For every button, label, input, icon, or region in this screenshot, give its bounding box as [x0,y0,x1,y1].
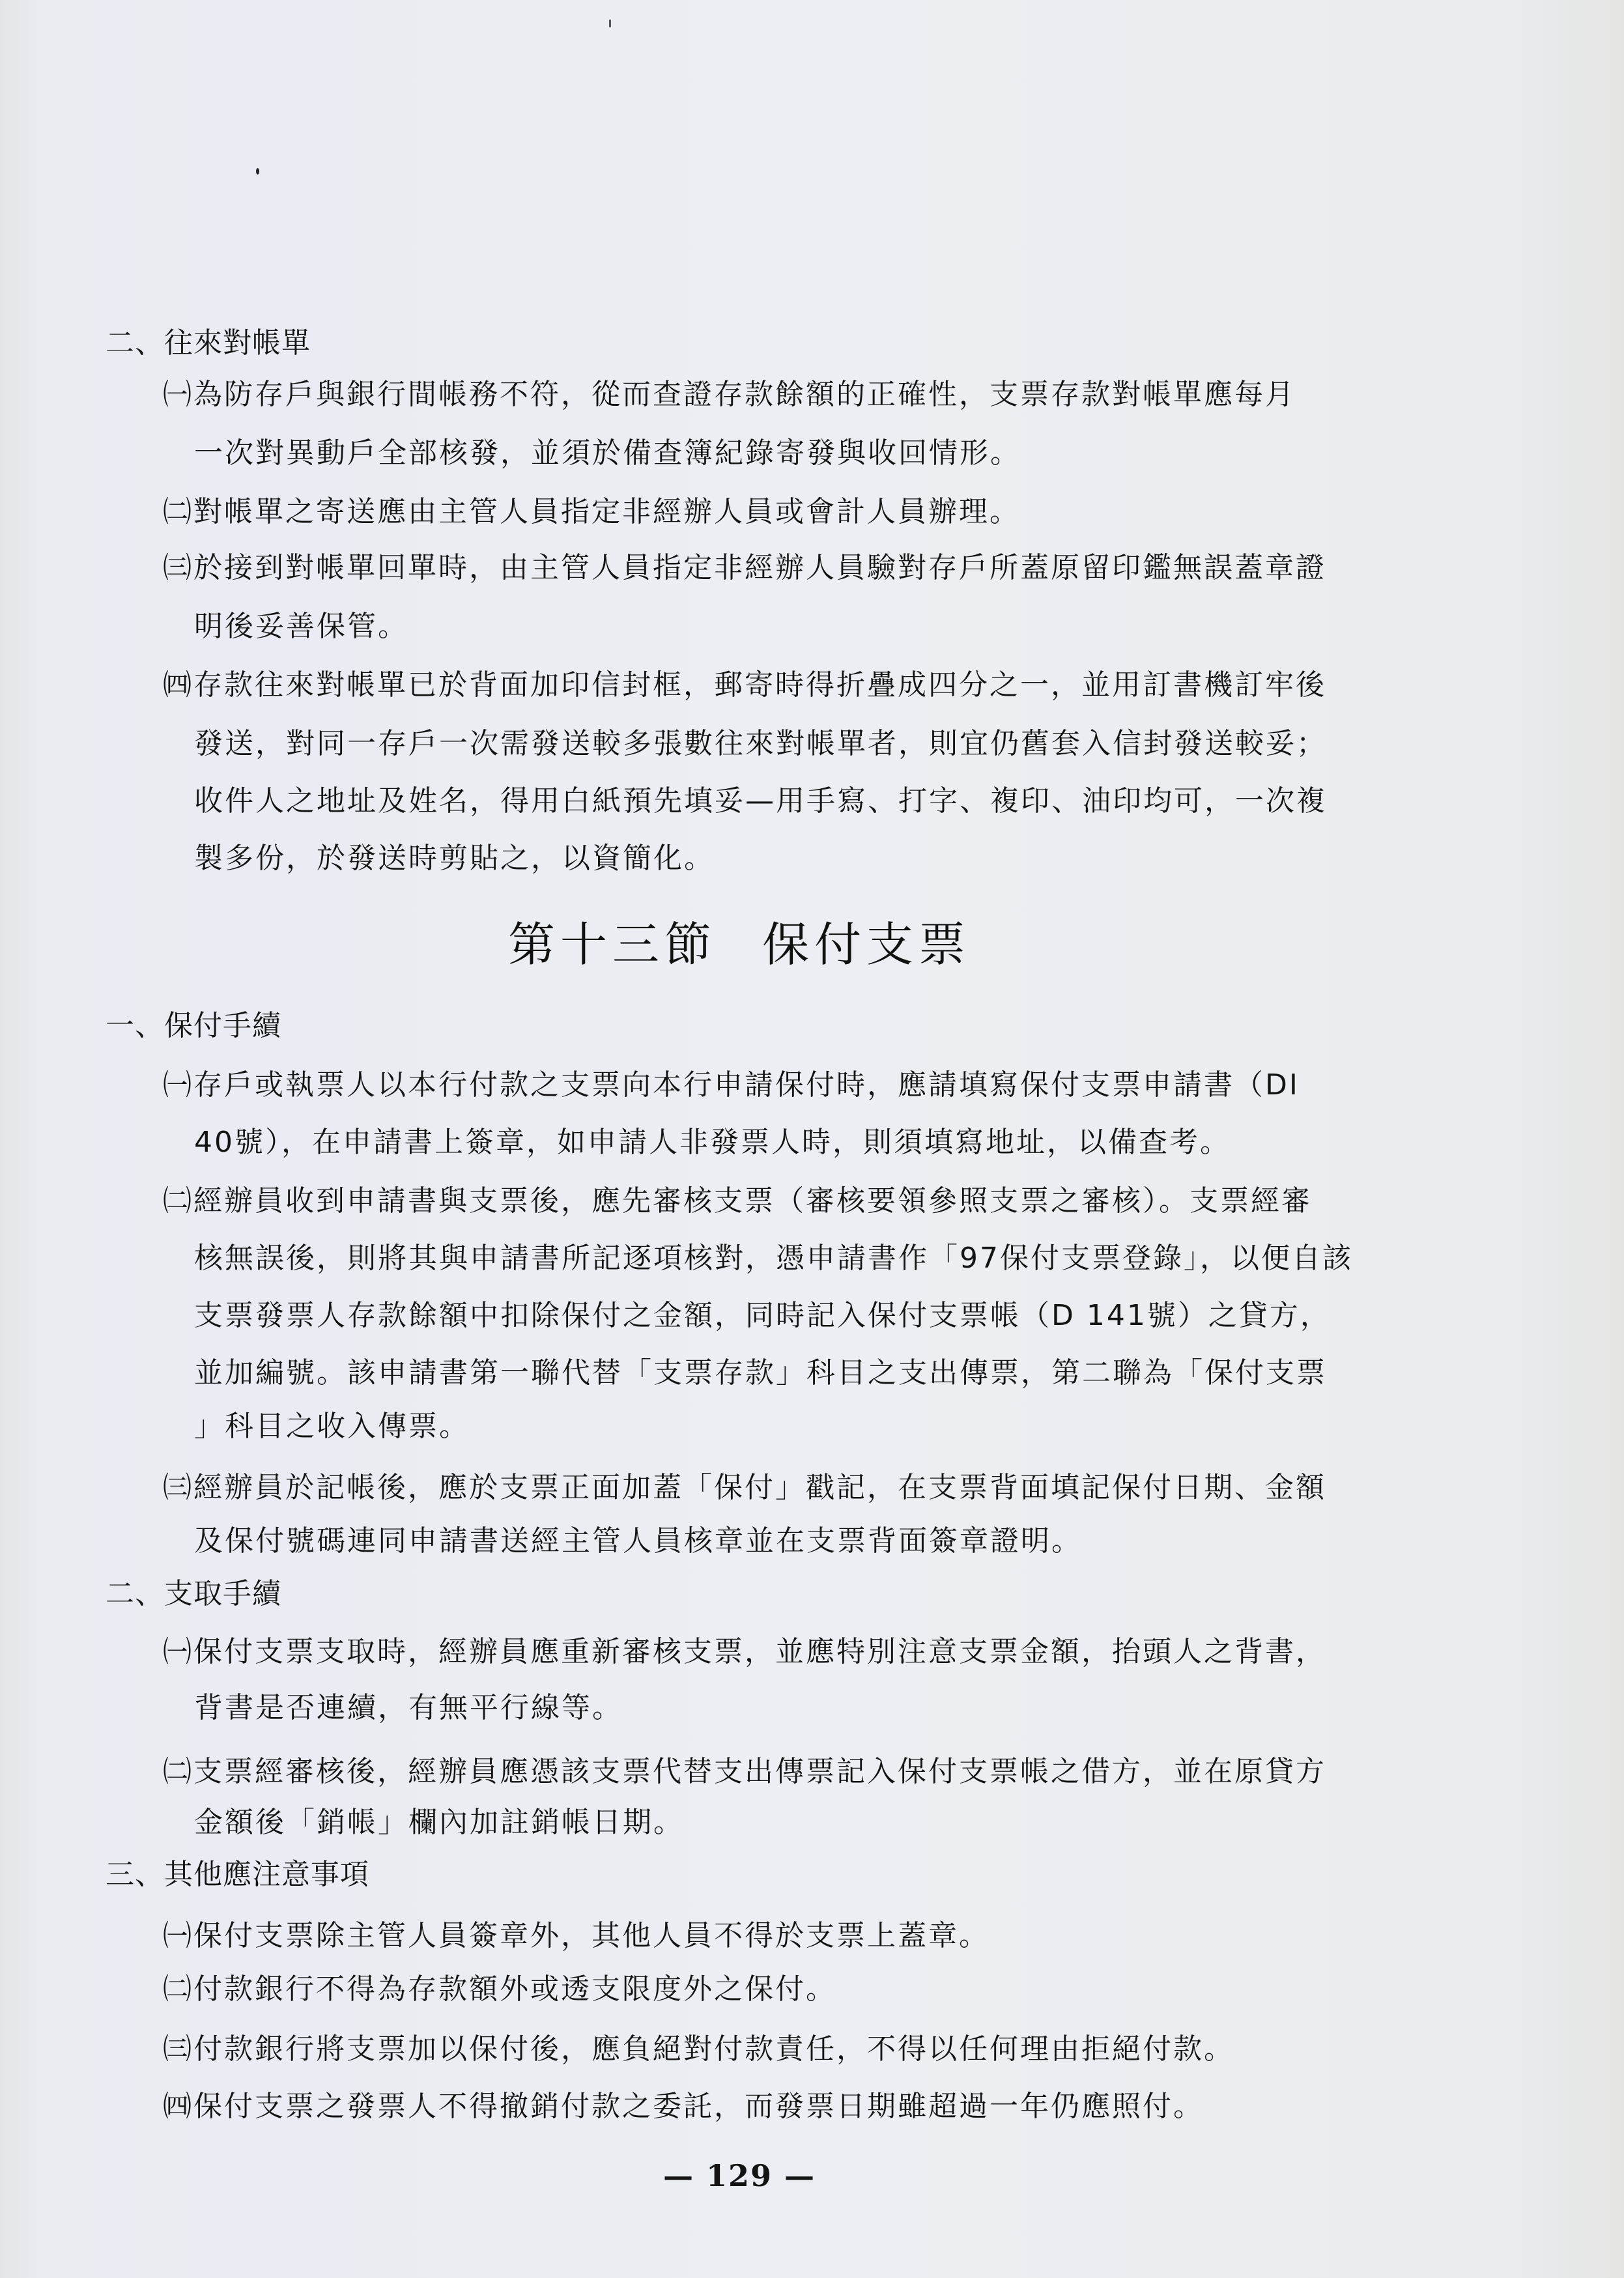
item-line: 一次對異動戶全部核發，並須於備查簿紀錄寄發與收回情形。 [194,434,1021,473]
scanned-page: 二、往來對帳單 ㈠為防存戶與銀行間帳務不符，從而查證存款餘額的正確性，支票存款對… [0,0,1624,2278]
item-line: ㈠為防存戶與銀行間帳務不符，從而查證存款餘額的正確性，支票存款對帳單應每月 [163,375,1296,414]
item-line: ㈠保付支票支取時，經辦員應重新審核支票，並應特別注意支票金額，抬頭人之背書， [163,1632,1326,1672]
item-line: 製多份，於發送時剪貼之，以資簡化。 [194,839,715,878]
section-heading-statements: 二、往來對帳單 [106,324,311,363]
ink-speck [609,20,611,27]
section-heading-withdrawal-procedure: 二、支取手續 [106,1574,281,1614]
item-line: 40號），在申請書上簽章，如申請人非發票人時，則須填寫地址，以備查考。 [194,1123,1231,1162]
item-line: ㈡付款銀行不得為存款額外或透支限度外之保付。 [163,1970,836,2009]
item-line: 並加編號。該申請書第一聯代替「支票存款」科目之支出傳票，第二聯為「保付支票 [194,1354,1327,1393]
item-line: 發送，對同一存戶一次需發送較多張數往來對帳單者，則宜仍舊套入信封發送較妥； [194,724,1327,763]
item-line: ㈡支票經審核後，經辦員應憑該支票代替支出傳票記入保付支票帳之借方，並在原貸方 [163,1752,1326,1791]
item-line: 背書是否連續，有無平行線等。 [194,1688,623,1728]
item-line: 支票發票人存款餘額中扣除保付之金額，同時記入保付支票帳（D 141號）之貸方， [194,1296,1331,1335]
chapter-name: 保付支票 [762,917,971,972]
item-line: ㈠保付支票除主管人員簽章外，其他人員不得於支票上蓋章。 [163,1916,990,1956]
item-line: ㈢付款銀行將支票加以保付後，應負絕對付款責任，不得以任何理由拒絕付款。 [163,2030,1234,2069]
item-line: ㈡經辦員收到申請書與支票後，應先審核支票（審核要領參照支票之審核）。支票經審 [163,1182,1312,1221]
chapter-number: 第十三節 [508,917,717,972]
item-line: ㈣存款往來對帳單已於背面加印信封框，郵寄時得折疊成四分之一，並用訂書機訂牢後 [163,666,1326,705]
item-line: ㈠存戶或執票人以本行付款之支票向本行申請保付時，應請填寫保付支票申請書（DI [163,1066,1300,1105]
item-line: 收件人之地址及姓名，得用白紙預先填妥—用手寫、打字、複印、油印均可，一次複 [194,782,1327,821]
item-line: 及保付號碼連同申請書送經主管人員核章並在支票背面簽章證明。 [194,1522,1082,1561]
ink-speck [256,168,259,175]
item-line: 核無誤後，則將其與申請書所記逐項核對，憑申請書作「97保付支票登錄」，以便自該 [194,1239,1353,1278]
item-line: 明後妥善保管。 [194,607,408,646]
item-line: ㈢於接到對帳單回單時，由主管人員指定非經辦人員驗對存戶所蓋原留印鑑無誤蓋章證 [163,548,1326,588]
item-line: 金額後「銷帳」欄內加註銷帳日期。 [194,1803,684,1842]
chapter-title: 第十三節保付支票 [0,915,1479,974]
item-line: ㈡對帳單之寄送應由主管人員指定非經辦人員或會計人員辦理。 [163,492,1020,532]
section-heading-other-notes: 三、其他應注意事項 [106,1855,369,1894]
item-line: ㈢經辦員於記帳後，應於支票正面加蓋「保付」戳記，在支票背面填記保付日期、金額 [163,1468,1326,1507]
item-line: ㈣保付支票之發票人不得撤銷付款之委託，而發票日期雖超過一年仍應照付。 [163,2087,1204,2126]
section-heading-certification-procedure: 一、保付手續 [106,1006,281,1046]
page-number: — 129 — [0,2156,1479,2195]
item-line: 」科目之收入傳票。 [194,1407,470,1446]
